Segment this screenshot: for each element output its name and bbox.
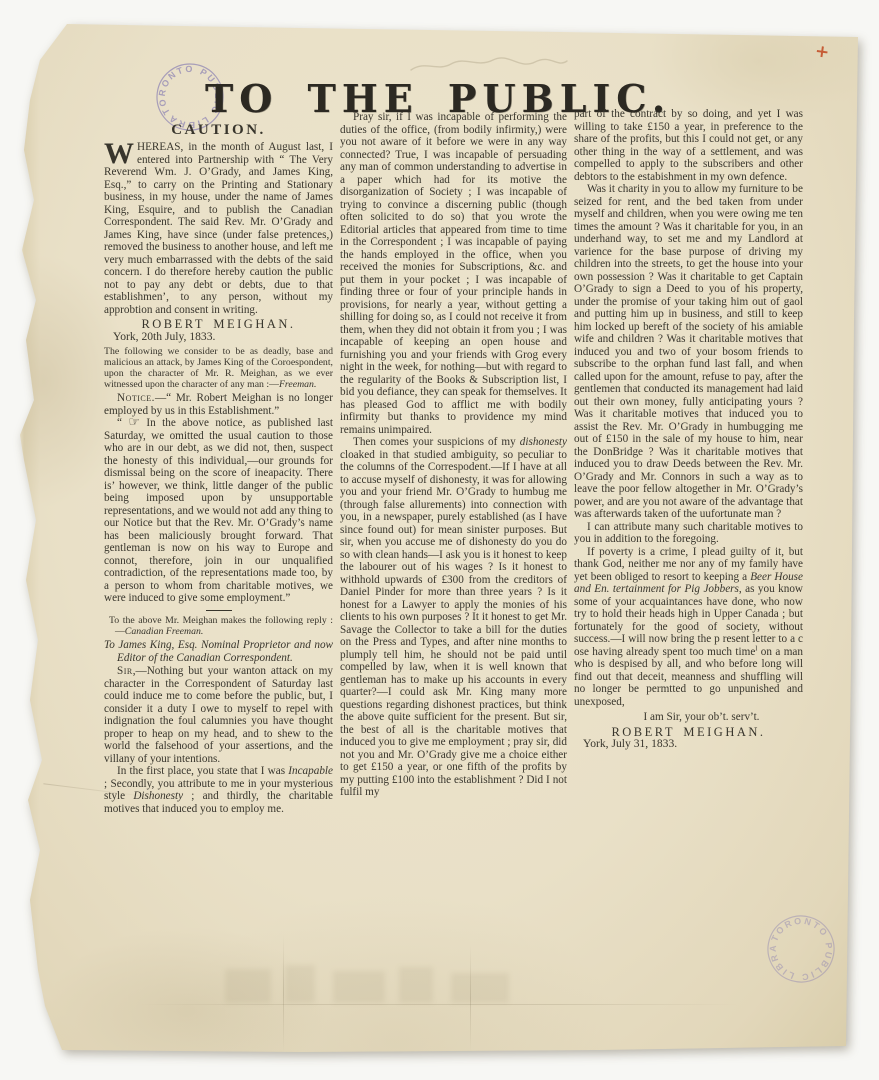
- editorial-note: The following we consider to be as deadl…: [104, 346, 333, 390]
- fold-crease: [283, 935, 284, 1052]
- summary-paragraph: In the first place, you state that I was…: [104, 765, 333, 815]
- poverty-paragraph: If poverty is a crime, I plead guilty of…: [574, 546, 803, 709]
- column-middle: Pray sir, if I was incapable of performi…: [340, 111, 567, 799]
- dishonesty-paragraph: Then comes your suspicions of my dishone…: [340, 436, 567, 799]
- library-stamp-bottom: TORONTO PUBLIC LIBRARY: [753, 901, 849, 997]
- contract-paragraph: part of the contract by so doing, and ye…: [574, 108, 803, 183]
- dateline-last: York, July 31, 1833.: [574, 738, 803, 751]
- charity-paragraph: Was it charity in you to allow my furnit…: [574, 183, 803, 521]
- incapable-paragraph: Pray sir, if I was incapable of performi…: [340, 111, 567, 436]
- paper-sheet: + TORONTO PUBLIC LIBRARY TO THE PUBLIC. …: [18, 20, 860, 1052]
- red-cross-mark: +: [814, 41, 831, 63]
- svg-text:TORONTO PUBLIC LIBRARY: TORONTO PUBLIC LIBRARY: [753, 901, 846, 990]
- notice-paragraph: Notice.—“ Mr. Robert Meighan is no longe…: [104, 392, 333, 417]
- dateline-first: York, 20th July, 1833.: [104, 331, 333, 344]
- closing-line: I am Sir, your ob’t. serv’t.: [574, 711, 803, 724]
- caution-paragraph: WHEREAS, in the month of August last, I …: [104, 141, 333, 316]
- paper-sheet-wrap: + TORONTO PUBLIC LIBRARY TO THE PUBLIC. …: [18, 20, 860, 1052]
- fold-crease: [138, 1004, 738, 1005]
- column-right: part of the contract by so doing, and ye…: [574, 108, 803, 753]
- reply-address: To James King, Esq. Nominal Proprietor a…: [104, 639, 333, 664]
- pointing-hand-icon: ☞: [128, 415, 140, 430]
- caution-heading: CAUTION.: [104, 122, 333, 138]
- drop-cap: W: [104, 141, 137, 165]
- fold-crease: [470, 945, 471, 1052]
- scanned-broadside-page: + TORONTO PUBLIC LIBRARY TO THE PUBLIC. …: [0, 0, 879, 1080]
- reply-note: To the above Mr. Meighan makes the follo…: [104, 615, 333, 637]
- attribute-paragraph: I can attribute many such charitable mot…: [574, 521, 803, 546]
- section-rule: [206, 610, 232, 611]
- notice-continued: “ ☞ In the above notice, as published la…: [104, 417, 333, 605]
- sir-paragraph: Sir,—Nothing but your wanton attack on m…: [104, 665, 333, 765]
- column-left: CAUTION.WHEREAS, in the month of August …: [104, 122, 333, 815]
